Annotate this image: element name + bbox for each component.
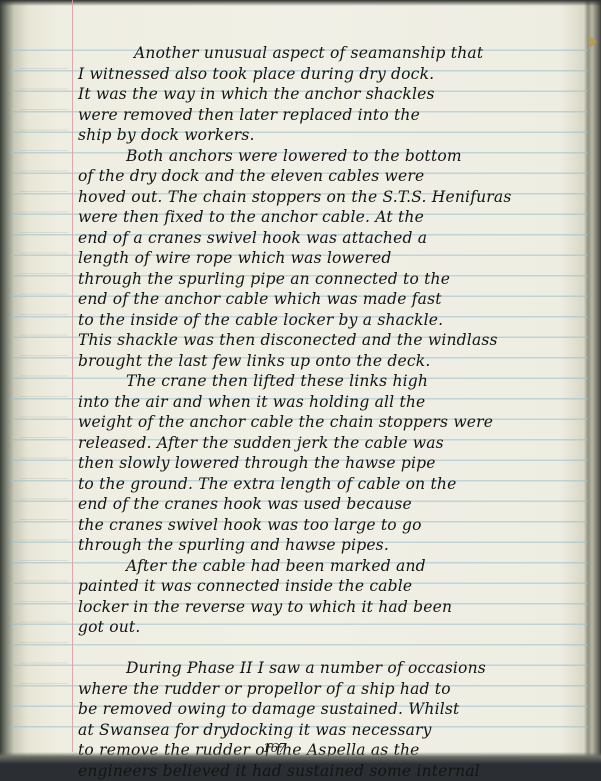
notebook-page: Another unusual aspect of seamanship tha… [0, 0, 601, 764]
text-line: Another unusual aspect of seamanship tha… [78, 43, 578, 64]
bottom-edge-shadow [0, 752, 601, 764]
page-tab-marker-icon [590, 36, 597, 48]
text-line: were removed then later replaced into th… [78, 105, 578, 126]
text-line: hoved out. The chain stoppers on the S.T… [78, 187, 578, 208]
handwritten-text: Another unusual aspect of seamanship tha… [78, 43, 578, 764]
text-line: the cranes swivel hook was too large to … [78, 515, 578, 536]
text-line: length of wire rope which was lowered [78, 248, 578, 269]
top-edge-shadow [0, 0, 601, 6]
text-line: I witnessed also took place during dry d… [78, 64, 578, 85]
text-line: released. After the sudden jerk the cabl… [78, 433, 578, 454]
text-line: of the dry dock and the eleven cables we… [78, 166, 578, 187]
margin-line [72, 0, 73, 752]
text-line: end of the anchor cable which was made f… [78, 289, 578, 310]
text-line: Both anchors were lowered to the bottom [78, 146, 578, 167]
text-line: weight of the anchor cable the chain sto… [78, 412, 578, 433]
text-line: This shackle was then disconected and th… [78, 330, 578, 351]
text-line: end of a cranes swivel hook was attached… [78, 228, 578, 249]
blank-line [78, 638, 578, 659]
text-line: ship by dock workers. [78, 125, 578, 146]
text-line: After the cable had been marked and [78, 556, 578, 577]
text-line: brought the last few links up onto the d… [78, 351, 578, 372]
text-line: painted it was connected inside the cabl… [78, 576, 578, 597]
text-line: through the spurling and hawse pipes. [78, 535, 578, 556]
text-line: then slowly lowered through the hawse pi… [78, 453, 578, 474]
text-line: into the air and when it was holding all… [78, 392, 578, 413]
text-line: through the spurling pipe an connected t… [78, 269, 578, 290]
text-line: end of the cranes hook was used because [78, 494, 578, 515]
text-line: locker in the reverse way to which it ha… [78, 597, 578, 618]
text-line: to the ground. The extra length of cable… [78, 474, 578, 495]
text-line: to the inside of the cable locker by a s… [78, 310, 578, 331]
text-line: It was the way in which the anchor shack… [78, 84, 578, 105]
text-line: were then fixed to the anchor cable. At … [78, 207, 578, 228]
text-line: During Phase II I saw a number of occasi… [78, 658, 578, 679]
text-line: at Swansea for drydocking it was necessa… [78, 720, 578, 741]
text-line: got out. [78, 617, 578, 638]
text-line: be removed owing to damage sustained. Wh… [78, 699, 578, 720]
text-line: The crane then lifted these links high [78, 371, 578, 392]
text-line: where the rudder or propellor of a ship … [78, 679, 578, 700]
